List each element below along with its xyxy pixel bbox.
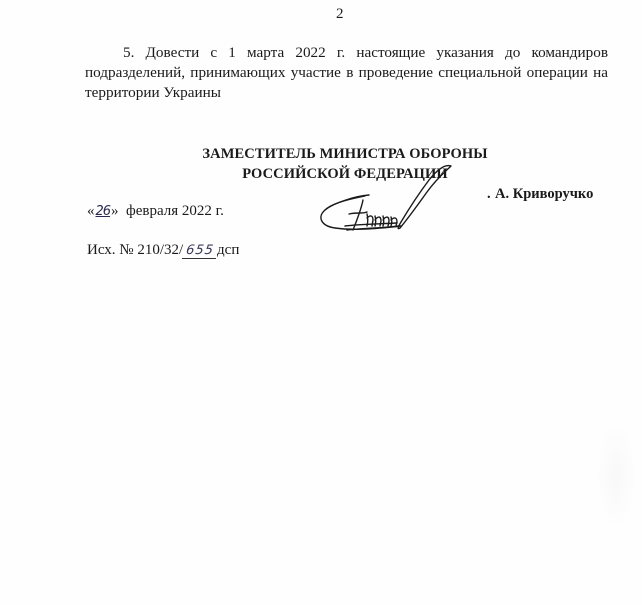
- document-date: «26» февраля 2022 г.: [87, 203, 224, 220]
- paragraph-line: территории Украины: [85, 83, 608, 103]
- reference-prefix: Исх. № 210/32/: [87, 242, 183, 258]
- signature-icon: [305, 160, 455, 245]
- signatory-name: . А. Криворучко: [495, 186, 593, 203]
- scan-artifact: [596, 420, 636, 530]
- date-close-quote: »: [111, 203, 119, 219]
- reference-suffix: дсп: [217, 242, 239, 258]
- paragraph-line: 5. Довести с 1 марта 2022 г. настоящие у…: [85, 43, 608, 63]
- date-day-handwritten: 26: [95, 204, 112, 219]
- paragraph-item-5: 5. Довести с 1 марта 2022 г. настоящие у…: [85, 43, 608, 103]
- signatory-dot: .: [487, 186, 491, 203]
- date-month-year: февраля 2022 г.: [126, 203, 224, 219]
- date-open-quote: «: [87, 203, 95, 219]
- paragraph-line: подразделений, принимающих участие в про…: [85, 63, 608, 83]
- page-number: 2: [336, 6, 344, 23]
- outgoing-reference: Исх. № 210/32/655дсп: [87, 242, 239, 259]
- document-page: 2 5. Довести с 1 марта 2022 г. настоящие…: [0, 0, 642, 605]
- reference-handwritten-number: 655: [182, 243, 218, 259]
- signatory-name-text: А. Криворучко: [495, 186, 593, 202]
